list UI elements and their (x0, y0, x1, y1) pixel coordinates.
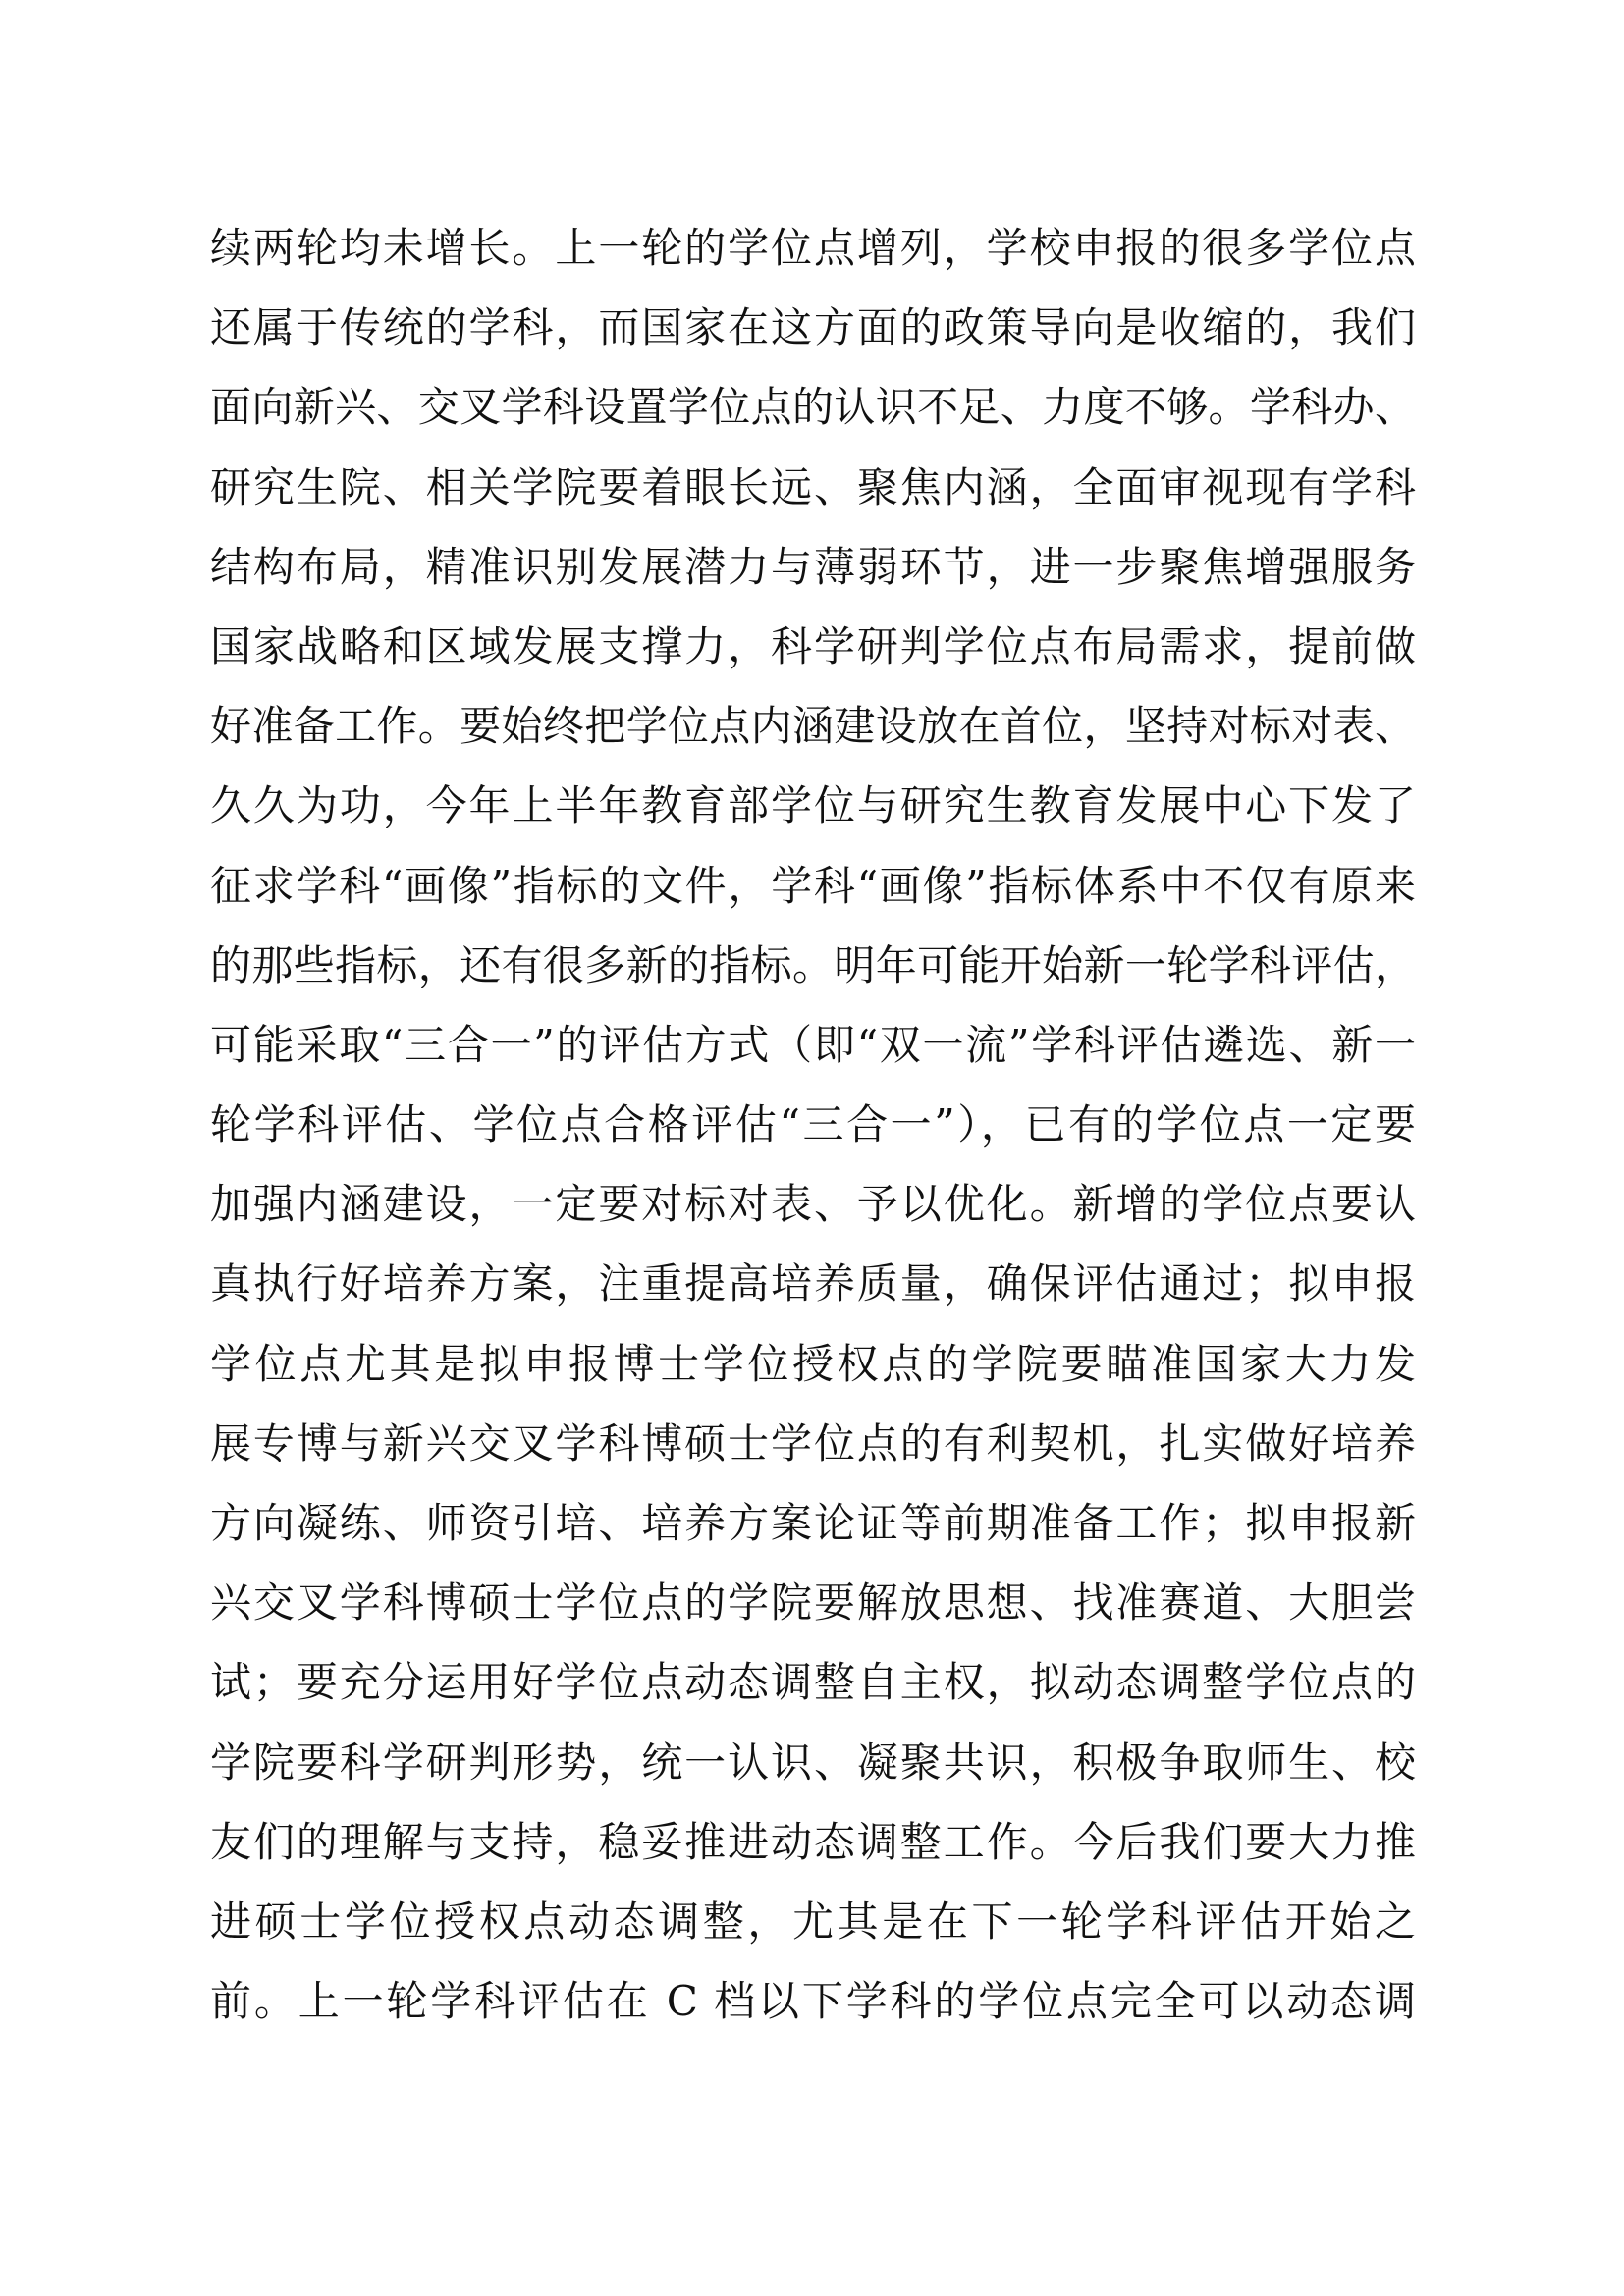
text-line: 友们的理解与支持，稳妥推进动态调整工作。今后我们要大力推 (210, 1818, 1416, 1897)
text-line: 结构布局，精准识别发展潜力与薄弱环节，进一步聚焦增强服务 (210, 543, 1416, 622)
text-line: 久久为功，今年上半年教育部学位与研究生教育发展中心下发了 (210, 781, 1416, 861)
text-line: 兴交叉学科博硕士学位点的学院要解放思想、找准赛道、大胆尝 (210, 1578, 1416, 1658)
text-line: 还属于传统的学科，而国家在这方面的政策导向是收缩的，我们 (210, 303, 1416, 383)
text-line: 的那些指标，还有很多新的指标。明年可能开始新一轮学科评估， (210, 941, 1416, 1021)
text-line: 展专博与新兴交叉学科博硕士学位点的有利契机，扎实做好培养 (210, 1419, 1416, 1499)
text-line: 可能采取“三合一”的评估方式（即“双一流”学科评估遴选、新一 (210, 1021, 1416, 1100)
text-line: 学院要科学研判形势，统一认识、凝聚共识，积极争取师生、校 (210, 1738, 1416, 1818)
text-line: 面向新兴、交叉学科设置学位点的认识不足、力度不够。学科办、 (210, 383, 1416, 462)
text-line: 国家战略和区域发展支撑力，科学研判学位点布局需求，提前做 (210, 622, 1416, 702)
text-line: 轮学科评估、学位点合格评估“三合一”），已有的学位点一定要 (210, 1100, 1416, 1180)
text-line: 研究生院、相关学院要着眼长远、聚焦内涵，全面审视现有学科 (210, 463, 1416, 543)
text-line: 方向凝练、师资引培、培养方案论证等前期准备工作；拟申报新 (210, 1499, 1416, 1578)
text-line: 续两轮均未增长。上一轮的学位点增列，学校申报的很多学位点 (210, 224, 1416, 303)
body-text: 续两轮均未增长。上一轮的学位点增列，学校申报的很多学位点 还属于传统的学科，而国… (210, 224, 1416, 2056)
text-line: 好准备工作。要始终把学位点内涵建设放在首位，坚持对标对表、 (210, 702, 1416, 781)
text-line: 真执行好培养方案，注重提高培养质量，确保评估通过；拟申报 (210, 1259, 1416, 1339)
text-line: 前。上一轮学科评估在 C 档以下学科的学位点完全可以动态调 (210, 1977, 1416, 2056)
text-line: 进硕士学位授权点动态调整，尤其是在下一轮学科评估开始之 (210, 1897, 1416, 1977)
text-line: 试；要充分运用好学位点动态调整自主权，拟动态调整学位点的 (210, 1658, 1416, 1737)
document-page: 续两轮均未增长。上一轮的学位点增列，学校申报的很多学位点 还属于传统的学科，而国… (0, 0, 1624, 2296)
text-line: 加强内涵建设，一定要对标对表、予以优化。新增的学位点要认 (210, 1180, 1416, 1259)
text-line: 学位点尤其是拟申报博士学位授权点的学院要瞄准国家大力发 (210, 1340, 1416, 1419)
text-line: 征求学科“画像”指标的文件，学科“画像”指标体系中不仅有原来 (210, 862, 1416, 941)
